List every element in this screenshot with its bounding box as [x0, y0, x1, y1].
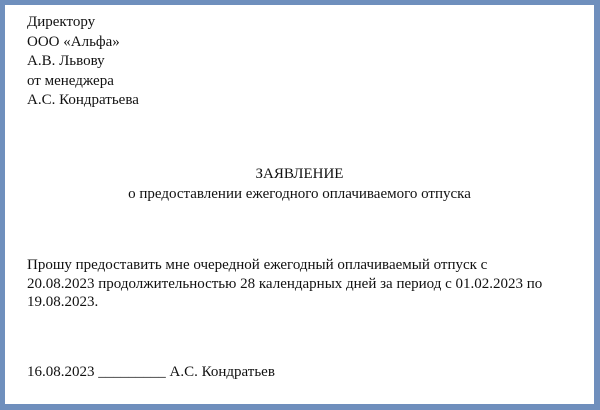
signature-block: 16.08.2023 _________ А.С. Кондратьев — [27, 364, 275, 381]
title-block: ЗАЯВЛЕНИЕ о предоставлении ежегодного оп… — [5, 164, 594, 204]
signature-line: _________ — [98, 364, 166, 380]
addressee-position: Директору — [27, 13, 139, 33]
addressee-name: А.В. Львову — [27, 52, 139, 72]
document-page: Директору ООО «Альфа» А.В. Львову от мен… — [0, 0, 600, 410]
body-line-1: Прошу предоставить мне очередной ежегодн… — [27, 256, 572, 275]
document-title: ЗАЯВЛЕНИЕ — [5, 164, 594, 184]
sender-name: А.С. Кондратьева — [27, 91, 139, 111]
request-body: Прошу предоставить мне очередной ежегодн… — [27, 256, 572, 312]
signature-name: А.С. Кондратьев — [170, 364, 275, 380]
body-line-2: 20.08.2023 продолжительностью 28 календа… — [27, 275, 572, 294]
sender-position: от менеджера — [27, 72, 139, 92]
addressee-block: Директору ООО «Альфа» А.В. Львову от мен… — [27, 13, 139, 111]
body-line-3: 19.08.2023. — [27, 293, 572, 312]
signature-date: 16.08.2023 — [27, 364, 95, 380]
addressee-company: ООО «Альфа» — [27, 33, 139, 53]
document-subtitle: о предоставлении ежегодного оплачиваемог… — [5, 184, 594, 204]
